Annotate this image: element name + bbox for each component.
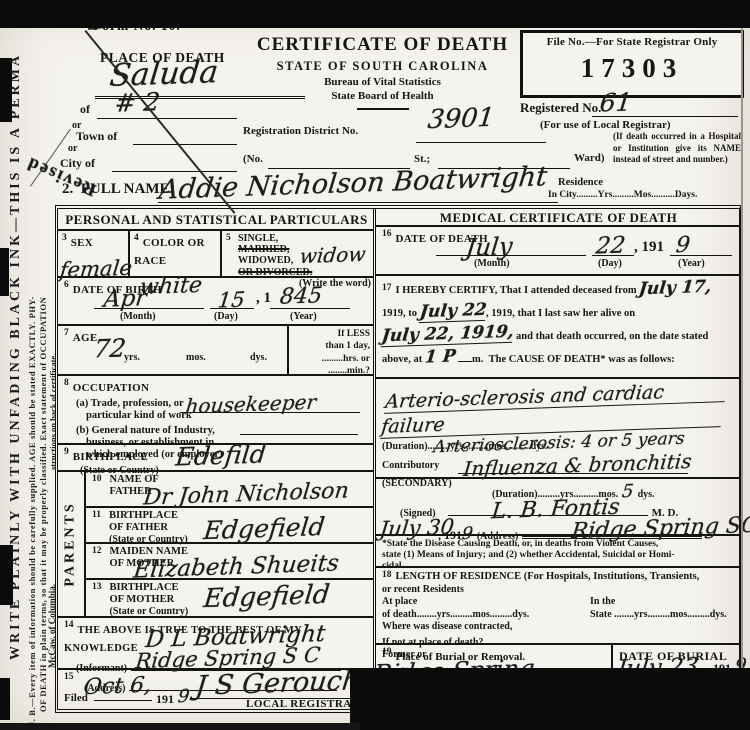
of-label: of: [80, 102, 90, 117]
scan-artifact-left-blob: [0, 58, 12, 122]
age-row: 7AGE 72 yrs. mos. dys. If LESS than 1 da…: [58, 326, 373, 376]
personal-particulars-column: PERSONAL AND STATISTICAL PARTICULARS 3SE…: [58, 209, 376, 709]
informant-row: 14THE ABOVE IS TRUE TO THE BEST OF MY KN…: [58, 618, 373, 670]
town-of-label: Town of: [76, 129, 117, 144]
father-birthplace-row: 11 BIRTHPLACEOF FATHER(State or Country)…: [86, 508, 373, 544]
birthplace-value: Edefild: [174, 439, 267, 471]
attended-from-value: July 17,: [638, 277, 713, 300]
marital-value: widow: [299, 242, 367, 268]
last-seen-value: July 22, 1919,: [381, 322, 515, 348]
date-of-death-row: 16DATE OF DEATH July 22 , 191 9 (Month) …: [376, 227, 739, 276]
registration-district-value: 3901: [426, 103, 496, 135]
personal-title: PERSONAL AND STATISTICAL PARTICULARS: [58, 209, 373, 231]
death-year-printed: , 191: [634, 239, 664, 256]
date-of-birth-row: 6DATE OF BIRTH Apr 15 , 1 845 (Month) (D…: [58, 278, 373, 326]
certificate-title: CERTIFICATE OF DEATH: [250, 34, 515, 56]
mother-birthplace-value: Edgefield: [202, 580, 331, 614]
medical-title: MEDICAL CERTIFICATE OF DEATH: [376, 209, 739, 227]
parents-strip: PARENTS: [58, 472, 86, 616]
parents-section: PARENTS 10 NAME OFFATHER Dr John Nichols…: [58, 472, 373, 618]
margin-note: McCaw, of Columbia.: [47, 584, 57, 668]
sex-race-marital-row: 3SEX female 4COLOR OR RACE white 5 SINGL…: [58, 231, 373, 278]
scan-artifact-bottom-strip: [0, 723, 360, 730]
scan-artifact-bottom-wedge: [350, 668, 750, 730]
town-blank: [133, 118, 237, 145]
father-name-row: 10 NAME OFFATHER Dr John Nicholson: [86, 472, 373, 508]
margin-note: N. B.—Every item of information should b…: [27, 296, 37, 728]
occupation-row: 8OCCUPATION (a) Trade, profession, or pa…: [58, 376, 373, 445]
age-value: 72: [92, 333, 127, 363]
birthplace-row: 9BIRTHPLACE (State or Country) Edefild: [58, 445, 373, 472]
hospital-note: (If death occurred in a Hospital or Inst…: [613, 131, 741, 166]
scan-artifact-left-blob: [0, 248, 9, 296]
street-label: St.;: [414, 153, 430, 165]
signature-row: (Duration).........yrs..........mos. 5 d…: [376, 479, 739, 536]
scan-artifact-left-blob: [0, 545, 13, 605]
street-no-label: (No.: [243, 153, 263, 165]
scan-artifact-left-blob: [0, 678, 10, 720]
margin-note: structions on back of certificate.: [48, 354, 58, 470]
filed-row: 15 Filed Oct 6, 191 9 J S Gerouch LOCAL …: [58, 670, 373, 711]
mother-birthplace-row: 13 BIRTHPLACEOF MOTHER(State or Country)…: [86, 580, 373, 616]
divider-dash: [357, 108, 409, 110]
marital-cell: 5 SINGLE, MARRIED, WIDOWED, OR DIVORCED.…: [222, 231, 373, 276]
city-blank: [112, 146, 237, 172]
race-cell: 4COLOR OR RACE white: [130, 231, 222, 276]
filed-year-value: 9: [177, 686, 191, 707]
or-label: or: [68, 143, 77, 154]
file-number-label: File No.—For State Registrar Only: [523, 36, 741, 48]
registered-no-value: 61: [598, 87, 633, 117]
father-birthplace-value: Edgefield: [202, 512, 326, 545]
death-time-value: 1 P: [424, 346, 457, 367]
registered-no-note: (For use of Local Registrar): [540, 119, 671, 131]
file-number-value: 17303: [523, 53, 741, 84]
length-of-residence-row: 18LENGTH OF RESIDENCE (For Hospitals, In…: [376, 568, 739, 645]
sex-cell: 3SEX female: [58, 231, 130, 276]
death-certificate-scan: Revised WRITE PLAINLY WITH UNFADING BLAC…: [0, 0, 750, 730]
registered-no-label: Registered No.: [520, 100, 601, 116]
ward-label: Ward): [574, 152, 605, 164]
registration-district-label: Registration District No.: [243, 125, 358, 137]
residence-blanks: In City.........Yrs.........Mos.........…: [548, 190, 697, 200]
contributory-duration-value: 5: [621, 481, 635, 502]
birth-year-printed: , 1: [256, 290, 271, 307]
filed-year-printed: 191: [156, 692, 174, 707]
residence-label: Residence: [558, 177, 603, 188]
medical-certificate-column: MEDICAL CERTIFICATE OF DEATH 16DATE OF D…: [376, 209, 739, 709]
cause-footnote: *State the Disease Causing Death, or, in…: [376, 536, 739, 568]
scan-artifact-top-edge: [0, 0, 750, 28]
mother-maiden-row: 12 MAIDEN NAMEOF MOTHER Elizabeth Shueit…: [86, 544, 373, 580]
age-less-than-day-box: If LESS than 1 day, .........hrs. or ...…: [287, 326, 373, 374]
certificate-body: PERSONAL AND STATISTICAL PARTICULARS 3SE…: [55, 205, 741, 713]
filed-date-value: Oct 6,: [83, 673, 153, 700]
street-no-blank: [268, 144, 410, 169]
attended-to-value: July 22: [418, 300, 487, 323]
scan-artifact-right-edge: [741, 0, 743, 730]
certify-row: 17I HEREBY CERTIFY, That I attended dece…: [376, 276, 739, 379]
father-name-value: Dr John Nicholson: [142, 478, 350, 510]
cause-of-death-row: Arterio-sclerosis and cardiac failure Ar…: [376, 379, 739, 479]
